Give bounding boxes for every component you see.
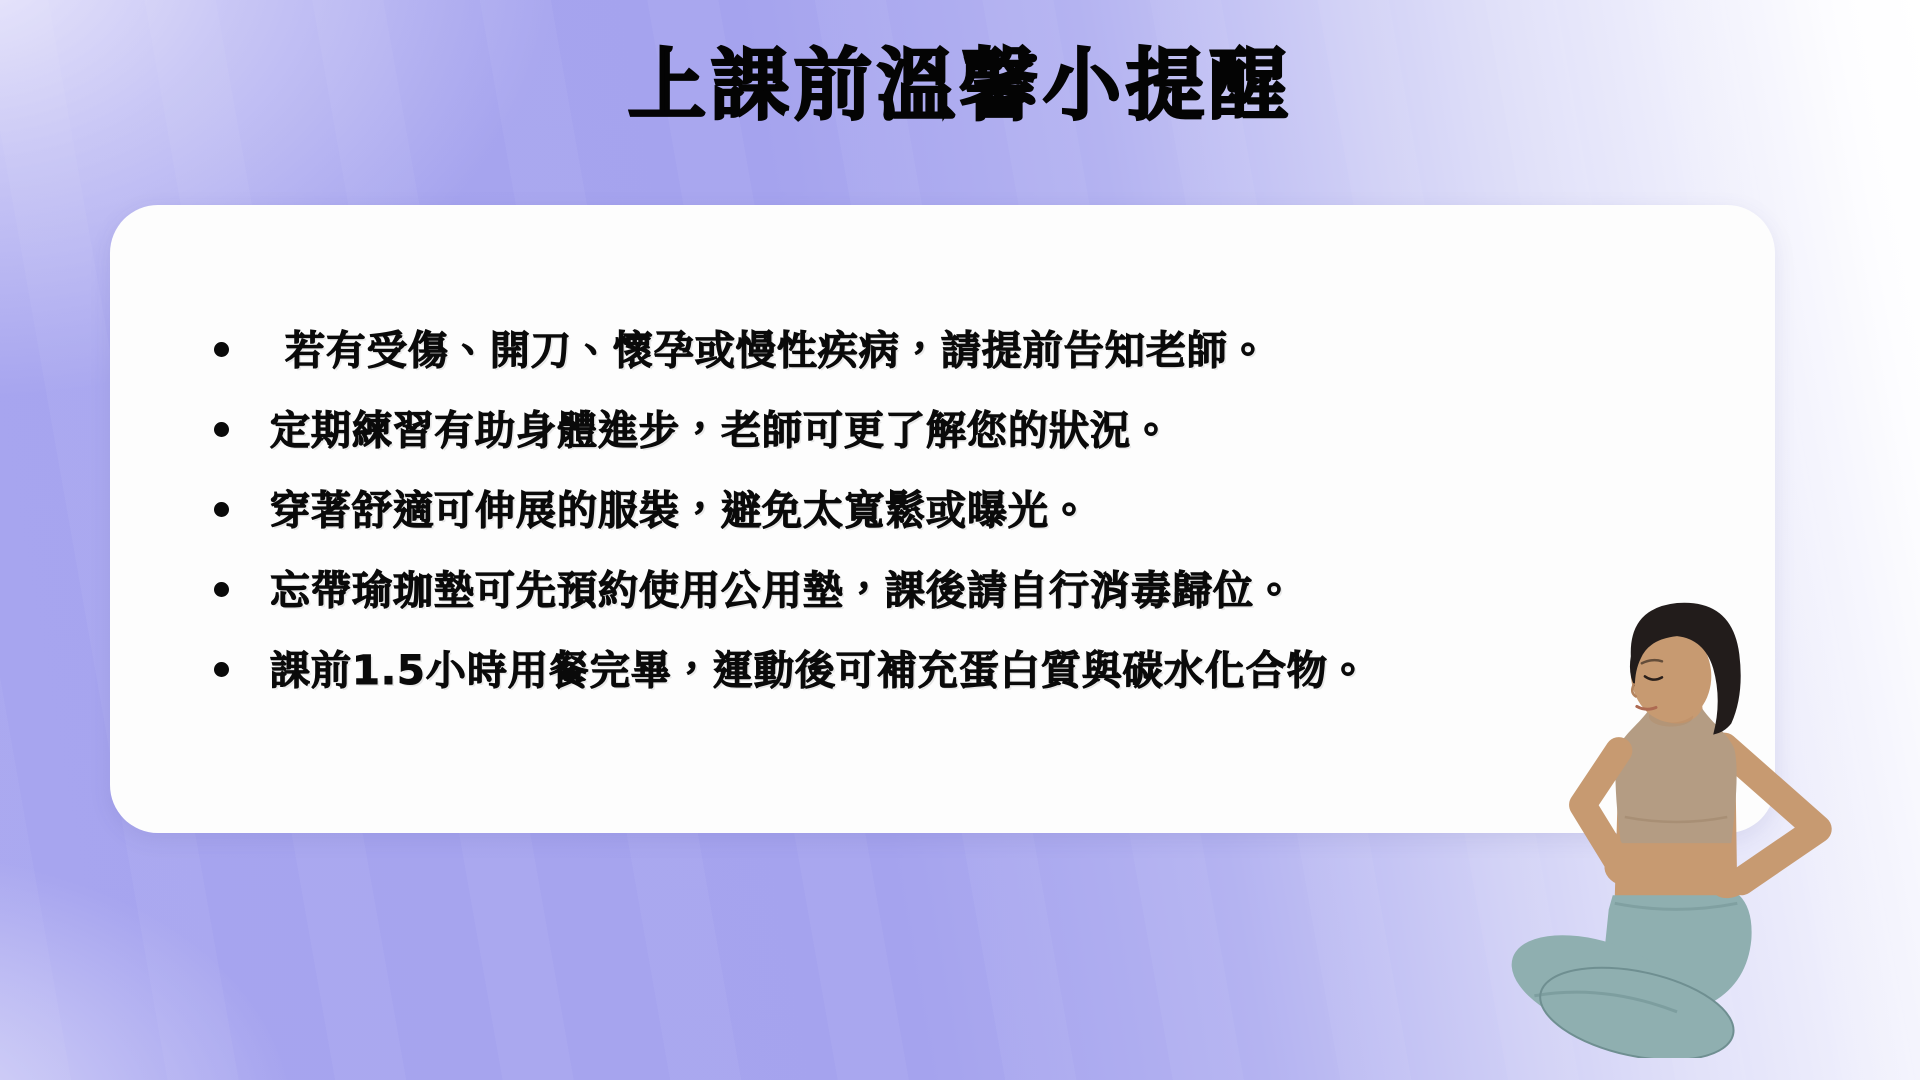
bullet-dot-icon xyxy=(214,582,229,597)
bullet-item: 定期練習有助身體進步，老師可更了解您的狀況。 xyxy=(214,387,1705,467)
bullet-text: 定期練習有助身體進步，老師可更了解您的狀況。 xyxy=(270,399,1172,456)
bullet-dot-icon xyxy=(214,662,229,677)
bullet-list: 若有受傷、開刀、懷孕或慢性疾病，請提前告知老師。 定期練習有助身體進步，老師可更… xyxy=(214,307,1705,707)
bullet-dot-icon xyxy=(214,502,229,517)
bullet-text: 課前1.5小時用餐完畢，運動後可補充蛋白質與碳水化合物。 xyxy=(270,639,1369,696)
bullet-text: 穿著舒適可伸展的服裝，避免太寬鬆或曝光。 xyxy=(270,479,1090,536)
bullet-item: 若有受傷、開刀、懷孕或慢性疾病，請提前告知老師。 xyxy=(214,307,1705,387)
bullet-item: 穿著舒適可伸展的服裝，避免太寬鬆或曝光。 xyxy=(214,467,1705,547)
kneeling-woman-figure xyxy=(1498,596,1840,1058)
bullet-item: 忘帶瑜珈墊可先預約使用公用墊，課後請自行消毒歸位。 xyxy=(214,547,1705,627)
slide-background: 上課前溫馨小提醒 若有受傷、開刀、懷孕或慢性疾病，請提前告知老師。 定期練習有助… xyxy=(0,0,1920,1080)
leggings-shape xyxy=(1499,895,1752,1058)
head-shape xyxy=(1626,603,1741,735)
bullet-text: 忘帶瑜珈墊可先預約使用公用墊，課後請自行消毒歸位。 xyxy=(270,559,1295,616)
bullet-item: 課前1.5小時用餐完畢，運動後可補充蛋白質與碳水化合物。 xyxy=(214,627,1705,707)
bullet-text: 若有受傷、開刀、懷孕或慢性疾病，請提前告知老師。 xyxy=(270,319,1269,376)
bullet-dot-icon xyxy=(214,342,229,357)
front-arm-shape xyxy=(1583,751,1621,868)
bullet-dot-icon xyxy=(214,422,229,437)
back-arm-shape xyxy=(1724,747,1817,882)
page-title: 上課前溫馨小提醒 xyxy=(0,44,1920,130)
